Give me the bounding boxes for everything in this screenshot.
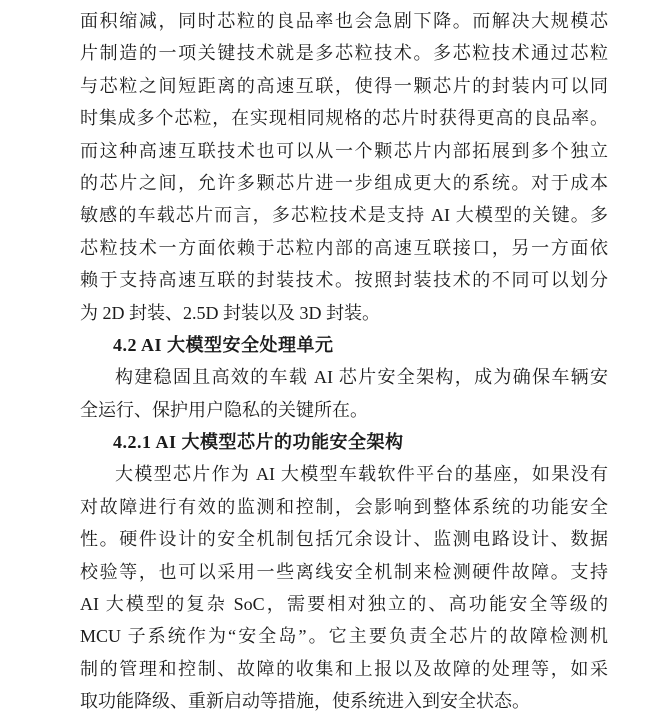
paragraph-line: 性。硬件设计的安全机制包括冗余设计、监测电路设计、数据 [80,523,608,555]
paragraph-line: 赖于支持高速互联的封装技术。按照封装技术的不同可以划分 [80,264,608,296]
paragraph-line: 取功能降级、重新启动等措施，使系统进入到安全状态。 [80,685,608,714]
paragraph-line: 为 2D 封装、2.5D 封装以及 3D 封装。 [80,297,608,329]
paragraph-line: MCU 子系统作为“安全岛”。它主要负责全芯片的故障检测机 [80,620,608,652]
paragraph-line: 而这种高速互联技术也可以从一个颗芯片内部拓展到多个独立 [80,135,608,167]
paragraph-line: 敏感的车载芯片而言，多芯粒技术是支持 AI 大模型的关键。多 [80,199,608,231]
paragraph-line: 芯粒技术一方面依赖于芯粒内部的高速互联接口，另一方面依 [80,232,608,264]
section-heading-4-2-1: 4.2.1 AI 大模型芯片的功能安全架构 [80,426,608,458]
paragraph-line: 大模型芯片作为 AI 大模型车载软件平台的基座，如果没有 [80,458,608,490]
paragraph-line: 构建稳固且高效的车载 AI 芯片安全架构，成为确保车辆安 [80,361,608,393]
paragraph-line: 片制造的一项关键技术就是多芯粒技术。多芯粒技术通过芯粒 [80,37,608,69]
paragraph-line: AI 大模型的复杂 SoC，需要相对独立的、高功能安全等级的 [80,588,608,620]
paragraph-line: 制的管理和控制、故障的收集和上报以及故障的处理等，如采 [80,653,608,685]
paragraph-line: 的芯片之间，允许多颗芯片进一步组成更大的系统。对于成本 [80,167,608,199]
paragraph-line: 对故障进行有效的监测和控制，会影响到整体系统的功能安全 [80,491,608,523]
paragraph-line: 与芯粒之间短距离的高速互联，使得一颗芯片的封装内可以同 [80,70,608,102]
paragraph-line: 时集成多个芯粒，在实现相同规格的芯片时获得更高的良品率。 [80,102,608,134]
section-heading-4-2: 4.2 AI 大模型安全处理单元 [80,329,608,361]
paragraph-line: 面积缩减，同时芯粒的良品率也会急剧下降。而解决大规模芯 [80,5,608,37]
paragraph-line: 校验等，也可以采用一些离线安全机制来检测硬件故障。支持 [80,556,608,588]
document-page: 面积缩减，同时芯粒的良品率也会急剧下降。而解决大规模芯 片制造的一项关键技术就是… [80,5,608,714]
paragraph-line: 全运行、保护用户隐私的关键所在。 [80,394,608,426]
